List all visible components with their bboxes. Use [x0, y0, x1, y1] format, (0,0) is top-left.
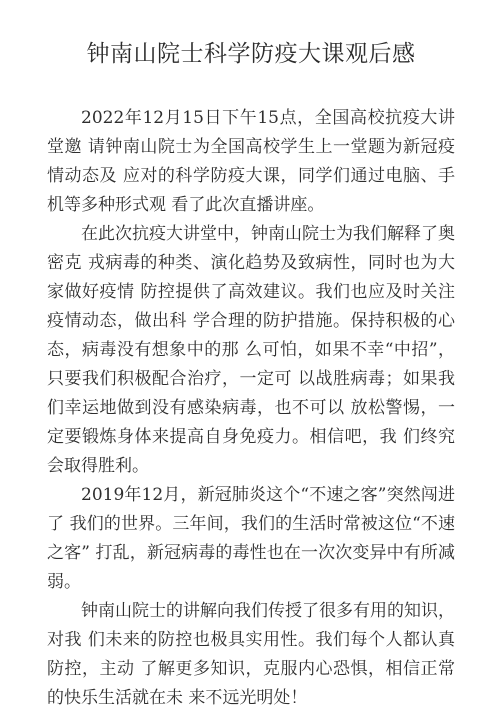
document-page: 钟南山院士科学防疫大课观后感 2022年12月15日下午15点，全国高校抗疫大讲… [0, 0, 500, 707]
paragraph-pandemic-history: 2019年12月，新冠肺炎这个“不速之客”突然闯进了 我们的世界。三年间，我们的… [47, 481, 455, 597]
paragraph-lecture-content: 在此次抗疫大讲堂中，钟南山院士为我们解释了奥密克 戎病毒的种类、演化趋势及致病性… [47, 220, 455, 481]
paragraph-intro: 2022年12月15日下午15点，全国高校抗疫大讲堂邀 请钟南山院士为全国高校学… [47, 104, 455, 220]
paragraph-conclusion: 钟南山院士的讲解向我们传授了很多有用的知识，对我 们未来的防控也极具实用性。我们… [47, 597, 455, 707]
document-title: 钟南山院士科学防疫大课观后感 [47, 38, 455, 70]
